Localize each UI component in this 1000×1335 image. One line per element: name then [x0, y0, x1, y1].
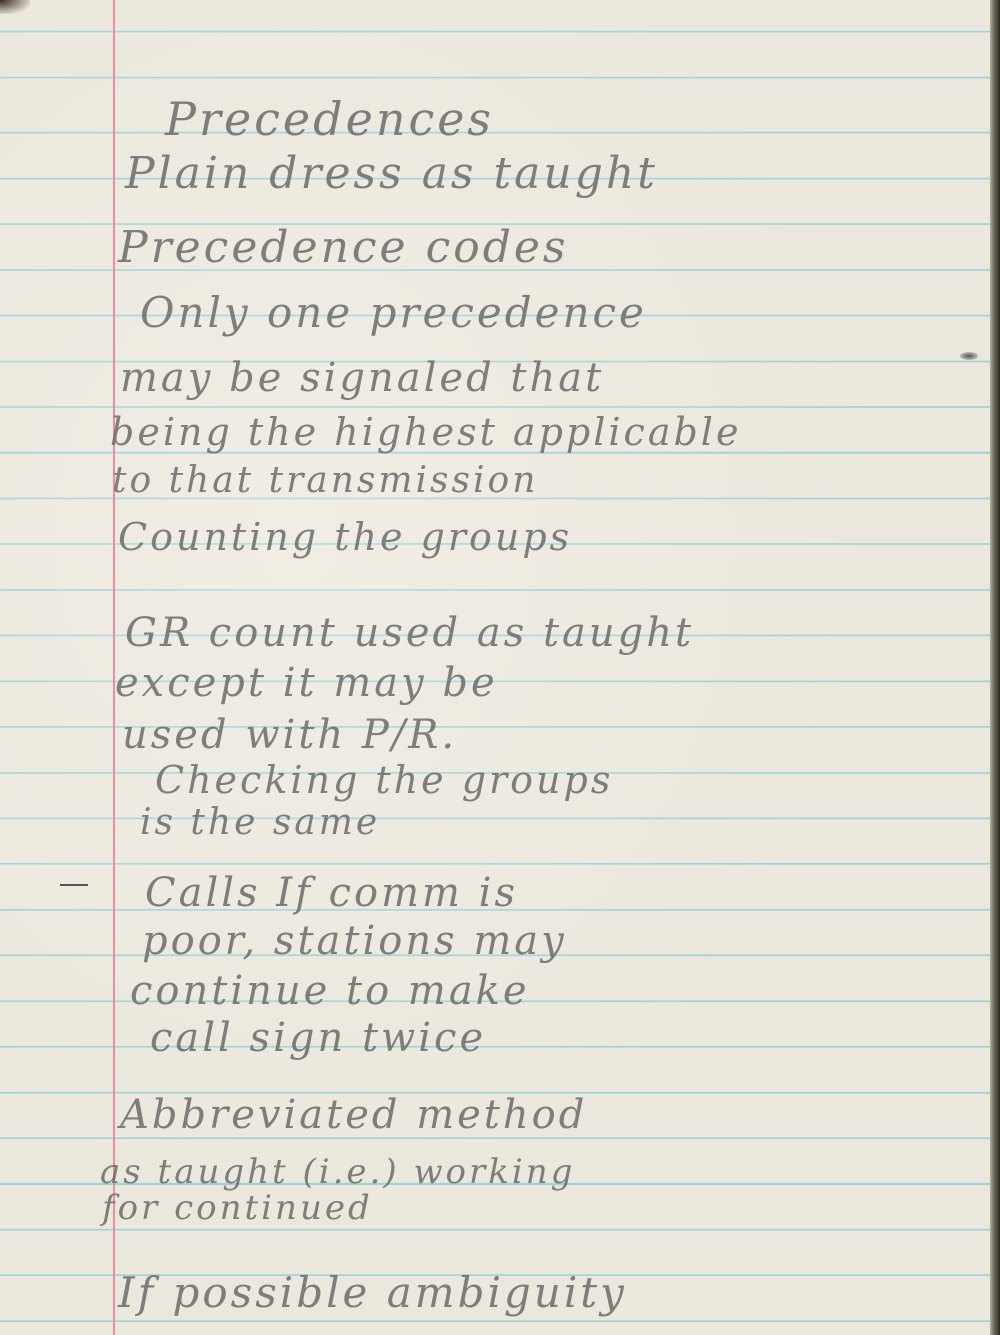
handwritten-line: Counting the groups	[118, 515, 572, 559]
page-edge	[990, 0, 1000, 1335]
handwritten-line: Only one precedence	[140, 288, 647, 337]
handwritten-line: may be signaled that	[120, 355, 604, 401]
handwritten-line: GR count used as taught	[125, 610, 694, 656]
handwritten-line: Precedence codes	[118, 222, 569, 273]
handwritten-line: Plain dress as taught	[125, 148, 658, 199]
handwritten-line: poor, stations may	[142, 918, 567, 964]
handwritten-line: is the same	[140, 802, 380, 843]
handwritten-line: Precedences	[165, 92, 494, 146]
handwritten-line: except it may be	[115, 660, 498, 706]
notebook-page: Precedences Plain dress as taught Preced…	[0, 0, 990, 1335]
corner-shadow	[0, 0, 30, 14]
handwritten-line: Calls If comm is	[145, 870, 518, 916]
handwritten-line: If possible ambiguity	[118, 1268, 627, 1317]
handwritten-line: used with P/R.	[122, 712, 457, 758]
handwritten-line: Abbreviated method	[120, 1092, 587, 1138]
handwritten-line: to that transmission	[112, 460, 538, 501]
handwritten-line: call sign twice	[150, 1015, 486, 1061]
handwritten-line: for continued	[102, 1188, 373, 1228]
handwritten-line: continue to make	[130, 968, 530, 1014]
handwritten-line: being the highest applicable	[110, 410, 741, 454]
handwritten-line: Checking the groups	[155, 758, 613, 802]
margin-dash-mark	[60, 884, 88, 886]
pencil-smudge	[960, 352, 978, 360]
handwritten-line: as taught (i.e.) working	[100, 1152, 575, 1192]
